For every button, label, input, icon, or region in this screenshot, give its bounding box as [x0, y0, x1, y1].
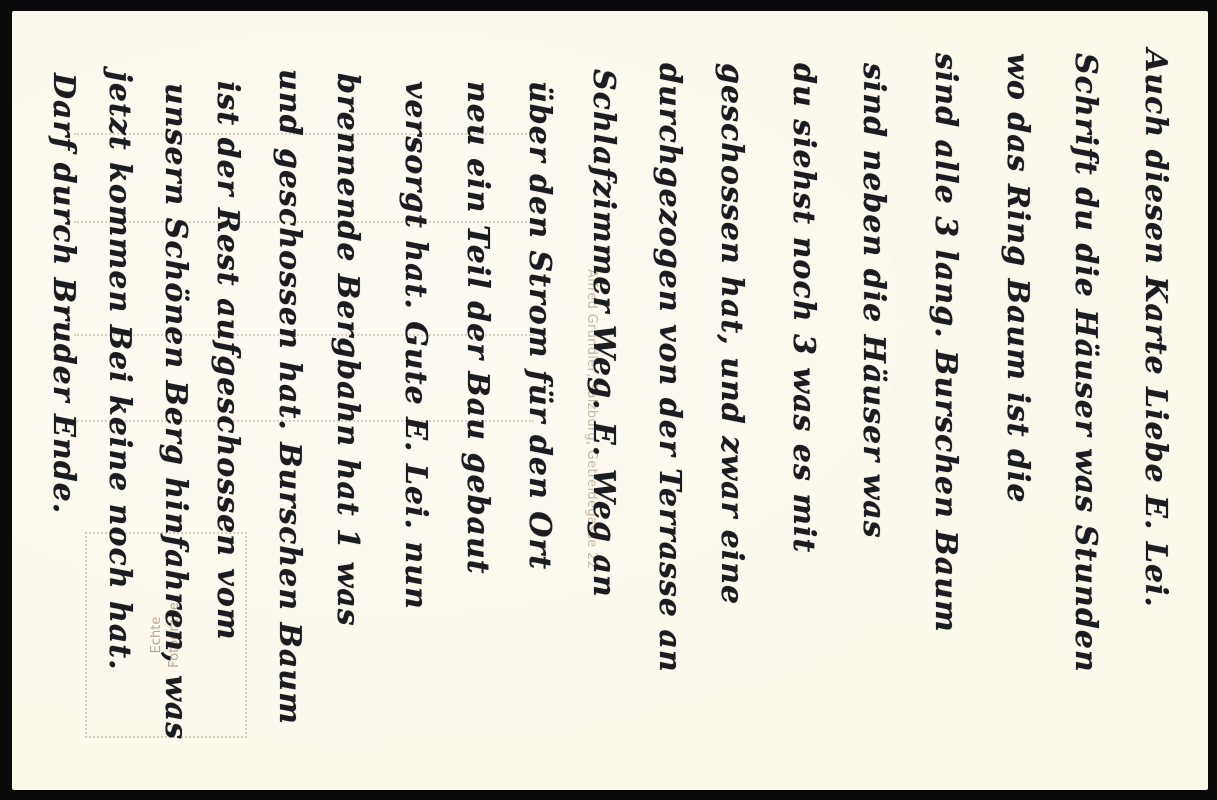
handwriting-line-14: und geschossen hat. Burschen Baum [274, 69, 304, 725]
handwriting-line-5: sind neben die Häuser was [858, 63, 888, 539]
handwriting-line-15: ist der Rest aufgeschossen vom [212, 81, 242, 641]
handwriting-line-16: unsern Schönen Berg hinfahren, was [160, 83, 190, 740]
handwriting-line-1: Auch diesen Karte Liebe E. Lei. [1140, 49, 1170, 608]
postcard-back: Echte Fotografie Alfred Gründler, Salzbu… [12, 11, 1208, 790]
handwriting-line-17: jetzt kommen Bei keine noch hat. [104, 71, 134, 671]
handwriting-line-4: sind alle 3 lang. Burschen Baum [930, 53, 960, 633]
handwriting-line-3: wo das Ring Baum ist die [1002, 53, 1032, 503]
handwriting-line-8: durchgezogen von der Terrasse an [654, 63, 684, 673]
handwriting-line-9: Schlafzimmer Weg. E. Weg an [588, 69, 618, 598]
handwriting-line-11: neu ein Teil der Bau gebaut [462, 81, 492, 575]
handwriting-line-12: versorgt hat. Gute E. Lei. nun [400, 81, 430, 610]
handwriting-line-10: über den Strom für den Ort [524, 81, 554, 570]
handwriting-line-13: brennende Bergbahn hat 1 was [332, 73, 362, 627]
handwriting-line-7: geschossen hat, und zwar eine [716, 63, 746, 605]
handwriting-line-18: Darf durch Bruder Ende. [48, 73, 78, 514]
handwriting-line-2: Schrift du die Häuser was Stunden [1070, 53, 1100, 673]
handwriting-line-6: du siehst noch 3 was es mit [788, 63, 818, 553]
